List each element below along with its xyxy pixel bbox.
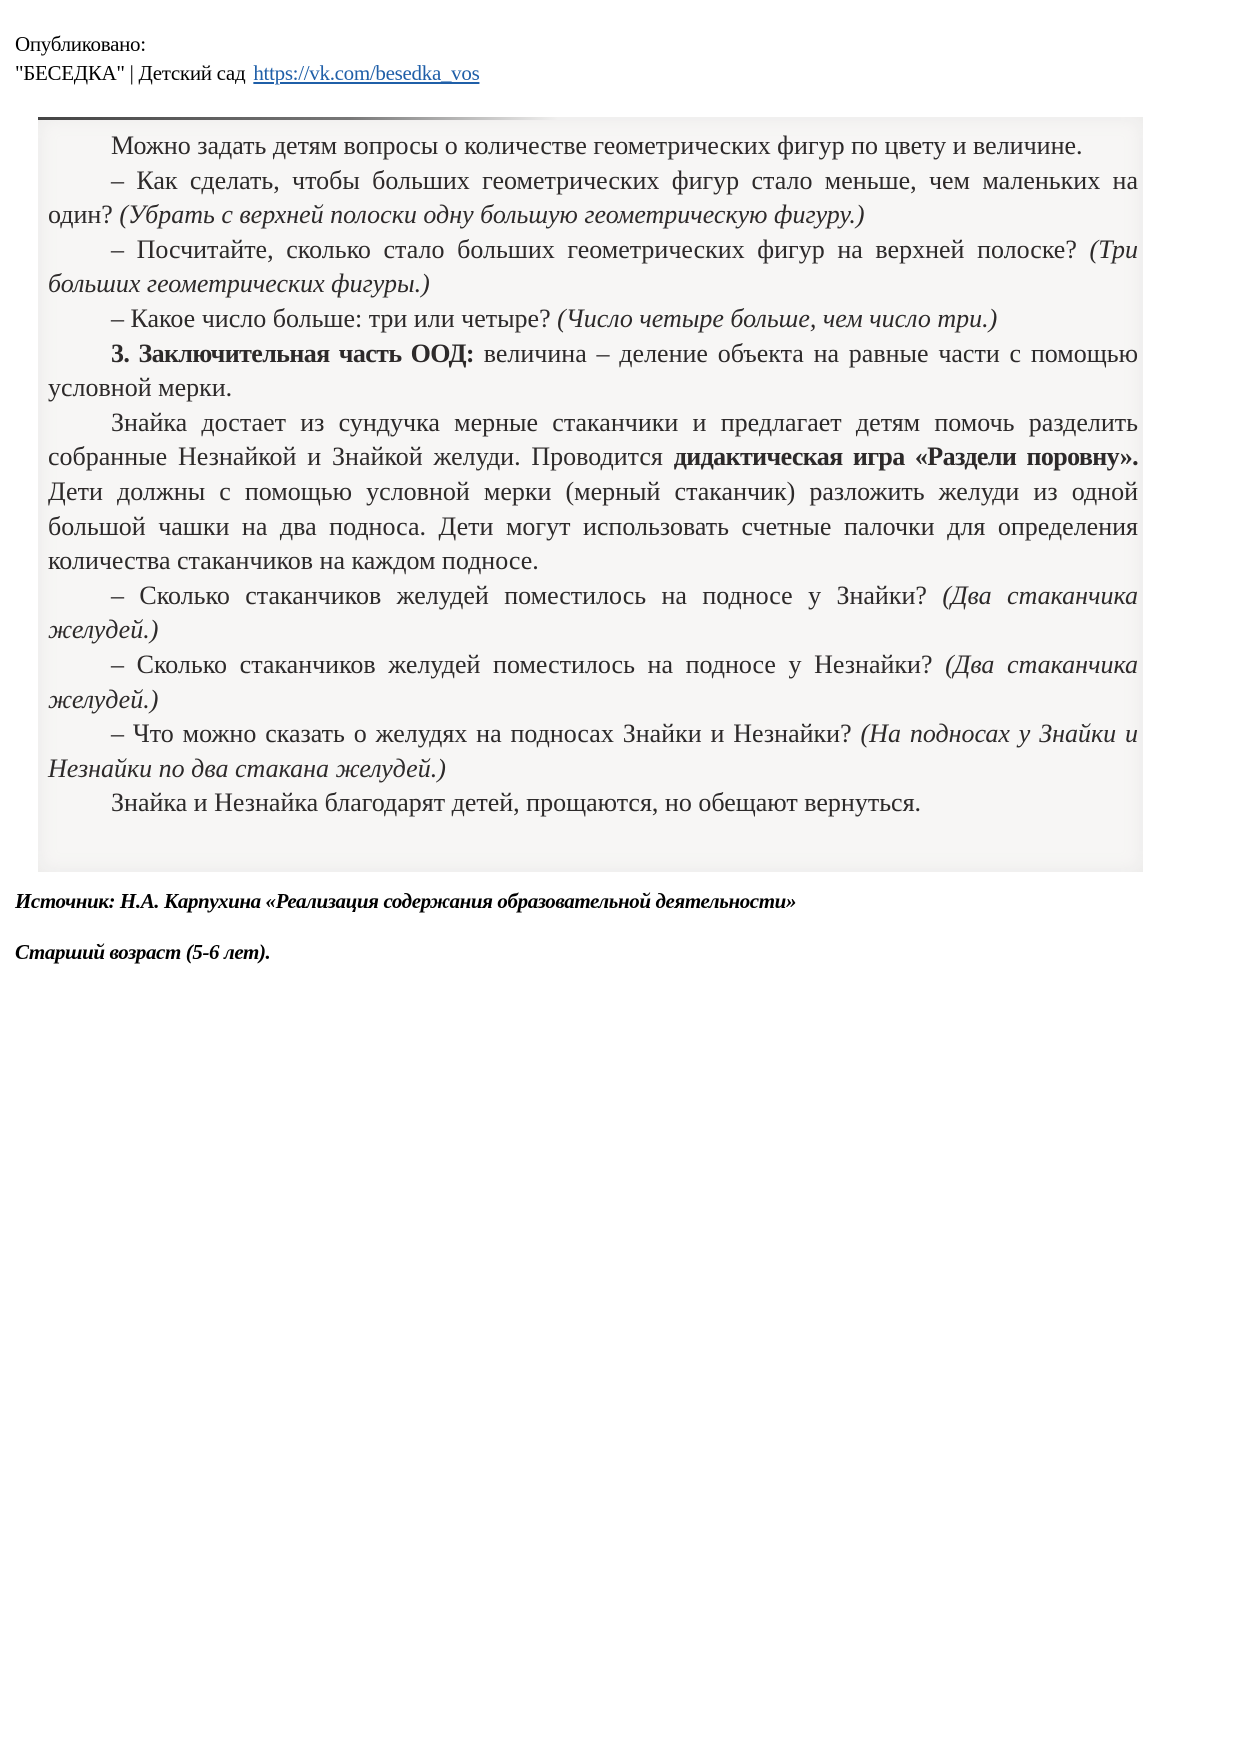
question-text: – Посчитайте, сколько стало больших геом…	[111, 235, 1077, 264]
section-heading: 3. Заключительная часть ООД:	[111, 339, 474, 368]
question-text: – Какое число больше: три или четыре?	[111, 304, 551, 333]
page-top-rule	[38, 117, 558, 120]
paragraph-intro: Можно задать детям вопросы о количестве …	[48, 129, 1138, 164]
publication-header: Опубликовано: "БЕСЕДКА" | Детский садhtt…	[15, 30, 479, 88]
source-line: Источник: Н.А. Карпухина «Реализация сод…	[15, 887, 796, 916]
paragraph-text: Дети должны с помощью условной мерки (ме…	[48, 477, 1138, 575]
paragraph-question-4: – Сколько стаканчиков желудей поместилос…	[48, 579, 1138, 648]
paragraph-question-2: – Посчитайте, сколько стало больших геом…	[48, 233, 1138, 302]
question-text: – Что можно сказать о желудях на подноса…	[111, 719, 852, 748]
question-text: – Сколько стаканчиков желудей поместилос…	[111, 581, 927, 610]
publisher-line: "БЕСЕДКА" | Детский садhttps://vk.com/be…	[15, 59, 479, 88]
paragraph-section-heading: 3. Заключительная часть ООД: величина – …	[48, 337, 1138, 406]
question-text: – Сколько стаканчиков желудей поместилос…	[111, 650, 933, 679]
paragraph-question-3: – Какое число больше: три или четыре? (Ч…	[48, 302, 1138, 337]
paragraph-game: Знайка достает из сундучка мерные стакан…	[48, 406, 1138, 579]
book-text: Можно задать детям вопросы о количестве …	[48, 129, 1138, 821]
scanned-book-page: Можно задать детям вопросы о количестве …	[38, 117, 1143, 872]
answer-text: (Убрать с верхней полоски одну большую г…	[119, 200, 864, 229]
paragraph-closing: Знайка и Незнайка благодарят детей, прощ…	[48, 786, 1138, 821]
paragraph-question-6: – Что можно сказать о желудях на подноса…	[48, 717, 1138, 786]
answer-text: (Число четыре больше, чем число три.)	[557, 304, 997, 333]
paragraph-question-5: – Сколько стаканчиков желудей поместилос…	[48, 648, 1138, 717]
published-label: Опубликовано:	[15, 30, 479, 59]
game-title: дидактическая игра «Раздели поровну».	[674, 442, 1138, 471]
source-citation: Источник: Н.А. Карпухина «Реализация сод…	[15, 887, 796, 989]
paragraph-text: Можно задать детям вопросы о количестве …	[111, 131, 1083, 160]
paragraph-text: Знайка и Незнайка благодарят детей, прощ…	[111, 788, 921, 817]
vk-link[interactable]: https://vk.com/besedka_vos	[253, 61, 479, 85]
paragraph-question-1: – Как сделать, чтобы больших геометричес…	[48, 164, 1138, 233]
publisher-name: "БЕСЕДКА" | Детский сад	[15, 61, 245, 85]
age-group-line: Старший возраст (5-6 лет).	[15, 938, 796, 967]
